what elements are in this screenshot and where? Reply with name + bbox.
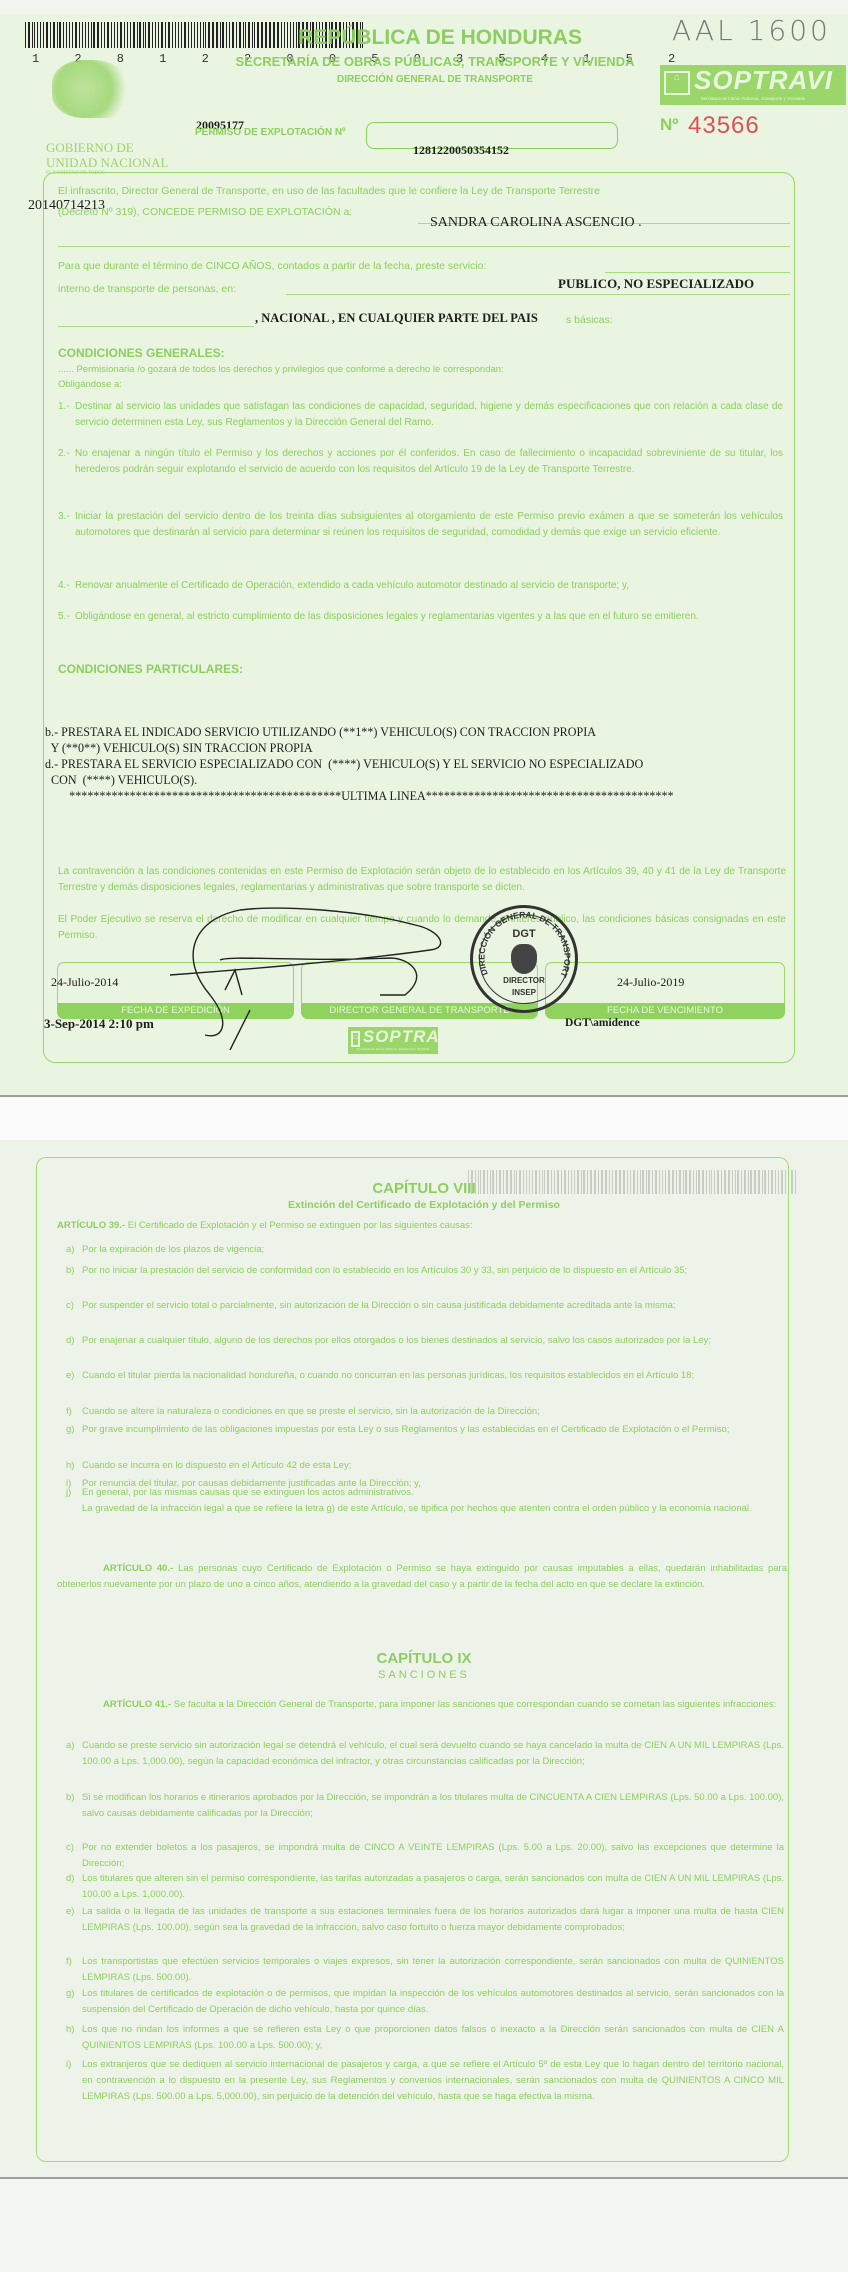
dgt-director-seal: DIRECCIÓN GENERAL DE TRANSPORTE DGT DIRE… [470,905,578,1013]
extinction-cause-item: a)Por la expiración de los plazos de vig… [66,1242,784,1258]
print-timestamp: 3-Sep-2014 2:10 pm [44,1016,154,1032]
item-text: Renovar anualmente el Certificado de Ope… [75,578,783,594]
rule [58,326,254,327]
soptravi-subtitle: Secretaría de Obras Públicas, Transporte… [660,97,846,102]
item-letter: c) [66,1840,82,1872]
extinction-cause-item: c)Por suspender el servicio total o parc… [66,1298,784,1314]
general-conditions-heading: CONDICIONES GENERALES: [58,346,225,360]
permit-label: PERMISO DE EXPLOTACIÓN Nº [195,127,346,138]
chapter-9-title: CAPÍTULO IX [0,1650,848,1667]
item-letter: a) [66,1738,82,1770]
page-gap [0,1095,848,1140]
item-letter: f) [66,1954,82,1986]
seal-org: INSEP [473,988,575,997]
government-emblem-icon [46,60,136,145]
soptravi-crest-icon: ⌂ [664,71,690,95]
extinction-cause-item: b)Por no iniciar la prestación del servi… [66,1263,784,1279]
article-39-text: El Certificado de Explotación y el Permi… [128,1220,473,1231]
service-type: PUBLICO, NO ESPECIALIZADO [558,276,754,292]
term-line: Para que durante el término de CINCO AÑO… [58,258,486,274]
chapter-8-subtitle: Extinción del Certificado de Explotación… [0,1199,848,1211]
item-text: No enajenar a ningún título el Permiso y… [75,446,783,478]
handwritten-note: AAL 1600 [672,14,831,47]
folio-number: 43566 [688,112,760,140]
chapter-8-title: CAPÍTULO VIII [0,1180,848,1197]
item-number: 2.- [58,446,75,478]
issue-date: 24-Julio-2014 [51,975,118,990]
service-scope: , NACIONAL , EN CUALQUIER PARTE DEL PAIS [255,311,538,326]
gov-logo-line1: GOBIERNO DE [46,140,134,156]
seal-role: DIRECTOR [473,976,575,985]
expiry-date-box: FECHA DE VENCIMIENTO [545,962,785,1019]
item-letter: g) [66,1422,82,1438]
page-edge-line [0,2177,848,2179]
extinction-cause-item: e)Cuando el titular pierda la nacionalid… [66,1368,784,1384]
page-edge-line [0,1095,848,1097]
infraction-item: c)Por no extender boletos a los pasajero… [66,1840,784,1872]
extinction-cause-item: g)Por grave incumplimiento de las obliga… [66,1422,784,1438]
item-text: Los transportistas que efectúen servicio… [82,1954,784,1986]
item-number: 4.- [58,578,75,594]
general-condition-item: 5.-Obligándose en general, al estricto c… [58,609,783,625]
rule [605,272,790,273]
gov-logo-line2: UNIDAD NACIONAL [46,155,168,171]
item-text: Por suspender el servicio total o parcia… [82,1298,784,1314]
expiry-date: 24-Julio-2019 [617,975,684,990]
extinction-cause-item: f)Cuando se altere la naturaleza o condi… [66,1404,784,1420]
item-text: Obligándose en general, al estricto cump… [75,609,783,625]
contravention-paragraph: La contravención a las condiciones conte… [58,864,786,896]
item-letter: a) [66,1242,82,1258]
item-number: 1.- [58,399,75,431]
item-text: Los extranjeros que se dediquen al servi… [82,2057,784,2105]
infraction-item: f)Los transportistas que efectúen servic… [66,1954,784,1986]
item-text: Los que no rindan los informes a que se … [82,2022,784,2054]
secretariat-title: SECRETARÍA DE OBRAS PÚBLICAS, TRANSPORTE… [180,54,690,69]
item-text: Los titulares que alteren sin el permiso… [82,1871,784,1903]
article-41-text: Se faculta a la Dirección General de Tra… [174,1699,777,1710]
item-letter: i) [66,2057,82,2105]
item-letter: j) [66,1485,82,1501]
item-text: La salida o la llegada de las unidades d… [82,1904,784,1936]
particular-conditions-text: b.- PRESTARA EL INDICADO SERVICIO UTILIZ… [45,724,674,804]
item-text: Si se modifican los horarios e itinerari… [82,1790,784,1822]
chapter-9-subtitle: SANCIONES [0,1669,848,1681]
article-41: ARTÍCULO 41.- Se faculta a la Dirección … [57,1697,787,1713]
general-condition-item: 3.-Iniciar la prestación del servicio de… [58,509,783,541]
intro-line-1: El infrascrito, Director General de Tran… [58,183,600,199]
article-40-label: ARTÍCULO 40.- [103,1563,173,1574]
directorate-title: DIRECCIÓN GENERAL DE TRANSPORTE [180,74,690,85]
soptravi-logo-footer: ⌂ SOPTRAVI Secretaría de Obras Públicas,… [348,1027,438,1054]
folio-prefix: Nº [660,115,679,135]
particular-conditions-heading: CONDICIONES PARTICULARES: [58,662,243,676]
rule [58,246,790,247]
soptravi-brand-footer: SOPTRAVI [363,1027,457,1047]
item-letter: h) [66,2022,82,2054]
item-number: 5.- [58,609,75,625]
article-39: ARTÍCULO 39.- El Certificado de Explotac… [57,1218,787,1234]
printer-imprint [835,395,843,715]
item-text: Cuando se altere la naturaleza o condici… [82,1404,784,1420]
infraction-item: g)Los titulares de certificados de explo… [66,1986,784,2018]
item-text: Por grave incumplimiento de las obligaci… [82,1422,784,1438]
item-text: Iniciar la prestación del servicio dentr… [75,509,783,541]
soptravi-subtitle-footer: Secretaría de Obras Públicas, Transporte… [348,1047,438,1051]
soptravi-crest-icon: ⌂ [351,1031,360,1047]
article-41-label: ARTÍCULO 41.- [103,1699,171,1710]
item-letter: d) [66,1871,82,1903]
seal-center-text: DGT [473,928,575,940]
infraction-item: i)Los extranjeros que se dediquen al ser… [66,2057,784,2105]
honduras-crest-icon [511,944,537,974]
page-edge [0,0,848,14]
item-number: 3.- [58,509,75,541]
general-condition-item: 2.-No enajenar a ningún título el Permis… [58,446,783,478]
item-text: Por la expiración de los plazos de vigen… [82,1242,784,1258]
item-letter: d) [66,1333,82,1349]
item-letter: c) [66,1298,82,1314]
soptravi-logo: ⌂ SOPTRAVI Secretaría de Obras Públicas,… [660,65,846,105]
item-text: Por no extender boletos a los pasajeros,… [82,1840,784,1872]
infraction-item: d)Los titulares que alteren sin el permi… [66,1871,784,1903]
extinction-cause-item: d)Por enajenar a cualquier título, algun… [66,1333,784,1349]
item-letter: b) [66,1790,82,1822]
item-text: Por no iniciar la prestación del servici… [82,1263,784,1279]
intro-line-2: (Decreto Nº 319), CONCEDE PERMISO DE EXP… [58,204,352,220]
item-text: Los titulares de certificados de explota… [82,1986,784,2018]
transport-line: interno de transporte de personas, en: [58,281,236,297]
republic-title: REPÚBLICA DE HONDURAS [200,26,680,50]
item-letter: h) [66,1458,82,1474]
item-text: Cuando se incurra en lo dispuesto en el … [82,1458,784,1474]
obligations-intro: Obligándose a: [58,377,122,393]
scope-suffix: s básicas: [566,312,613,328]
general-condition-item: 1.-Destinar al servicio las unidades que… [58,399,783,431]
issuing-user: DGT\amidence [565,1017,640,1029]
grantee-name: SANDRA CAROLINA ASCENCIO . [430,215,642,231]
item-text: Cuando el titular pierda la nacionalidad… [82,1368,784,1384]
extinction-cause-item: j)En general, por las mismas causas que … [66,1485,784,1501]
rule [286,294,790,295]
infraction-item: h)Los que no rindan los informes a que s… [66,2022,784,2054]
general-conditions-intro: ...... Permisionaria /o gozará de todos … [58,362,504,378]
infraction-item: a)Cuando se preste servicio sin autoriza… [66,1738,784,1770]
item-letter: e) [66,1368,82,1384]
item-text: Por enajenar a cualquier título, alguno … [82,1333,784,1349]
item-text: Destinar al servicio las unidades que sa… [75,399,783,431]
item-text: En general, por las mismas causas que se… [82,1485,784,1501]
item-letter: g) [66,1986,82,2018]
extinction-cause-item: h)Cuando se incurra en lo dispuesto en e… [66,1458,784,1474]
gravity-note: La gravedad de la infracción legal a que… [82,1501,784,1517]
item-letter: e) [66,1904,82,1936]
article-39-label: ARTÍCULO 39.- [57,1220,125,1231]
infraction-item: e)La salida o la llegada de las unidades… [66,1904,784,1936]
article-40: ARTÍCULO 40.- Las personas cuyo Certific… [57,1561,787,1593]
general-condition-item: 4.-Renovar anualmente el Certificado de … [58,578,783,594]
item-letter: f) [66,1404,82,1420]
infraction-item: b)Si se modifican los horarios e itinera… [66,1790,784,1822]
soptravi-brand: SOPTRAVI [694,65,833,96]
item-text: Cuando se preste servicio sin autorizaci… [82,1738,784,1770]
item-letter: b) [66,1263,82,1279]
permit-number: 1281220050354152 [413,143,509,158]
